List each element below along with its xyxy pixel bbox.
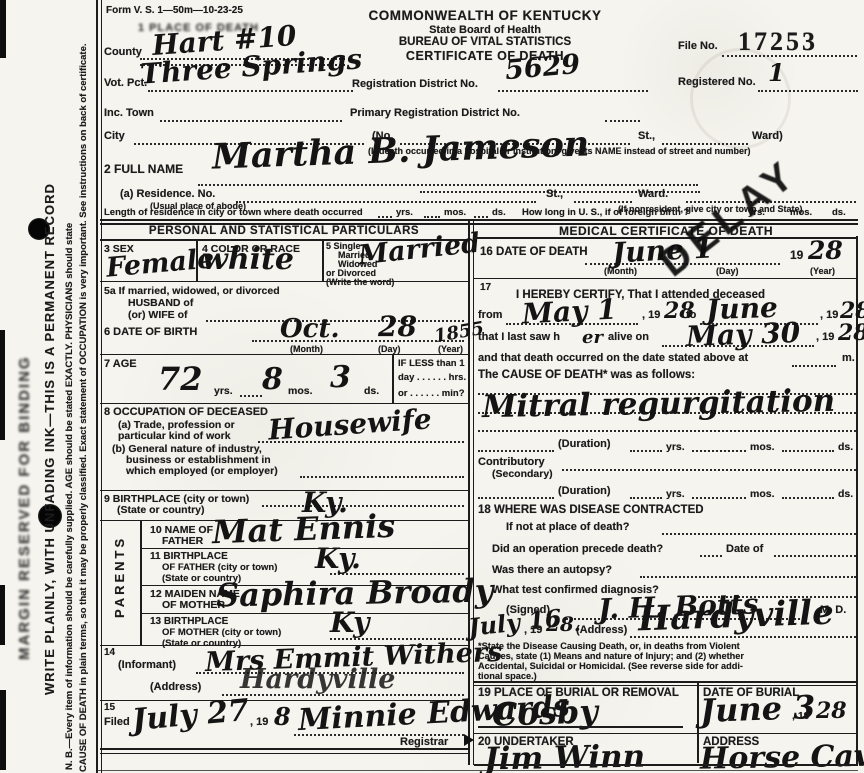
grid-line	[140, 520, 142, 645]
burial-year-value: 28	[816, 698, 847, 724]
dod-year-value: 28	[808, 236, 843, 265]
grid-line	[474, 278, 858, 279]
date-of-death-label: 16 DATE OF DEATH	[480, 246, 588, 258]
bureau-subtitle: BUREAU OF VITAL STATISTICS	[320, 36, 650, 48]
duration2-ds-label: ds.	[838, 488, 853, 500]
field-14-number: 14	[104, 647, 115, 658]
residence-ward-label: Ward.	[638, 188, 668, 200]
duration2-yrs-label: yrs.	[666, 488, 685, 500]
form-number: Form V. S. 1—50m—10-23-25	[106, 5, 243, 16]
primary-district-line[interactable]	[605, 120, 640, 122]
last-saw-value: May 30	[685, 316, 800, 353]
margin-write-plainly-text: WRITE PLAINLY, WITH UNFADING INK—THIS IS…	[42, 183, 57, 695]
dob-month-caption: (Month)	[290, 344, 323, 354]
duration2-yrs-line[interactable]	[630, 497, 662, 499]
pointer-mark	[464, 734, 474, 746]
length-yrs-label: yrs.	[396, 207, 413, 218]
occupation-a-line2: particular kind of work	[118, 430, 231, 442]
m-label: m.	[842, 352, 855, 364]
left-column-bottom-rule	[100, 748, 468, 750]
age-ds-label: ds.	[364, 385, 379, 397]
place-of-burial-value: Cosby	[491, 692, 598, 734]
vot-pct-line[interactable]	[148, 90, 353, 92]
margin-nb-line2: CAUSE OF DEATH in plain terms, so that i…	[78, 44, 89, 773]
residence-st-line[interactable]	[574, 201, 632, 203]
burial-grid-top-rule2	[474, 685, 858, 686]
sig-address-label: (Address)	[576, 624, 627, 636]
footnote-line1: *State the Disease Causing Death, or, in…	[478, 641, 740, 651]
residence-st-label: St.,	[546, 188, 563, 200]
duration2-ds-line[interactable]	[782, 497, 834, 499]
filed-label: Filed	[104, 716, 130, 728]
field-15-number: 15	[104, 702, 115, 713]
date-of-birth-label: 6 DATE OF BIRTH	[104, 326, 197, 338]
marital-write-word-note: (Write the word)	[326, 277, 394, 287]
scan-edge-mark	[0, 0, 6, 58]
duration1-yrs-line[interactable]	[630, 450, 662, 452]
inc-town-line[interactable]	[160, 120, 342, 122]
operation-date-of-label: Date of	[726, 543, 763, 555]
autopsy-label: Was there an autopsy?	[492, 564, 612, 576]
duration2-mos-line[interactable]	[692, 497, 746, 499]
full-name-value: Martha B. Jameson	[211, 123, 590, 177]
cause-of-death-value: Mitral regurgitation	[482, 383, 836, 425]
us-mos-label: mos.	[790, 207, 812, 218]
alive-on-label: alive on	[608, 331, 649, 343]
age-years-value: 72	[158, 360, 203, 398]
margin-nb-line1: N. B.—Every item of information should b…	[64, 223, 75, 770]
death-occurred-statement: and that death occurred on the date stat…	[478, 352, 748, 364]
registered-no-label: Registered No.	[678, 76, 756, 88]
grid-line	[140, 548, 468, 549]
autopsy-line[interactable]	[640, 576, 856, 578]
where-contracted-label: 18 WHERE WAS DISEASE CONTRACTED	[478, 504, 704, 516]
bottom-scan-line	[96, 770, 858, 771]
duration1-mos-label: mos.	[750, 441, 775, 453]
occupation-b-line3: which employed (or employer)	[126, 465, 278, 477]
attended-from-value: May 1	[521, 293, 617, 331]
cause-line3[interactable]	[478, 430, 856, 432]
dob-year-caption: (Year)	[438, 344, 463, 354]
to-19-print: , 19	[820, 309, 838, 321]
registered-no-line[interactable]	[758, 90, 858, 92]
date-of-burial-value: June 3	[699, 688, 816, 730]
age-mos-label: mos.	[288, 385, 313, 397]
county-label: County	[104, 46, 142, 58]
death-occurred-line[interactable]	[792, 365, 836, 367]
undertaker-address-value: Horse Cave	[700, 738, 864, 773]
birthplace-sub-label: (State or country)	[117, 504, 205, 516]
age-mos-line[interactable]	[240, 395, 262, 397]
left-column-bottom-rule2	[100, 753, 468, 754]
dod-month-caption: (Month)	[604, 266, 637, 276]
father-birthplace-value: Ky.	[315, 542, 361, 575]
burial-19-print: , 19	[792, 710, 810, 722]
dob-day-caption: (Day)	[378, 344, 401, 354]
registration-district-label: Registration District No.	[352, 78, 478, 90]
column-separator	[468, 219, 470, 765]
dod-19-print: 19	[790, 248, 803, 262]
file-no-value: 17253	[738, 27, 818, 57]
grid-line	[140, 613, 468, 614]
inc-town-label: Inc. Town	[104, 107, 154, 119]
operation-line[interactable]	[700, 555, 722, 557]
city-st-label: St.,	[638, 130, 655, 142]
length-mos-label: mos.	[444, 207, 466, 218]
occupation-b-line[interactable]	[300, 476, 464, 478]
father-name-value: Mat Ennis	[211, 507, 395, 551]
operation-label: Did an operation precede death?	[492, 543, 663, 555]
burial-grid-mid-rule	[474, 733, 858, 734]
length-residence-label: Length of residence in city or town wher…	[104, 207, 363, 218]
saw-year-value: 28	[838, 320, 864, 346]
grid-line	[322, 239, 324, 281]
commonwealth-title: COMMONWEALTH OF KENTUCKY	[320, 8, 650, 23]
residence-label: (a) Residence. No.	[120, 188, 215, 200]
operation-date-line[interactable]	[774, 555, 856, 557]
state-board-subtitle: State Board of Health	[320, 24, 650, 36]
certificate-title: CERTIFICATE OF DEATH	[320, 49, 650, 63]
father-name-label2: FATHER	[162, 535, 203, 547]
primary-district-label: Primary Registration District No.	[350, 107, 520, 119]
registered-no-value: 1	[768, 58, 785, 87]
form-border-left	[96, 0, 98, 773]
length-ds-label: ds.	[492, 207, 506, 218]
grid-line	[392, 354, 394, 403]
margin-binding-text: MARGIN RESERVED FOR BINDING	[16, 355, 33, 660]
grid-line	[100, 354, 468, 355]
color-race-value: white	[202, 242, 294, 277]
filed-year-value: 8	[274, 702, 291, 731]
burial-grid-bottom-rule	[474, 764, 858, 766]
not-at-place-label: If not at place of death?	[506, 521, 629, 533]
death-certificate-scan: MARGIN RESERVED FOR BINDING WRITE PLAINL…	[0, 0, 864, 773]
last-saw-label: that I last saw h	[478, 331, 560, 343]
full-name-line[interactable]	[198, 184, 698, 186]
sig-address-value: Hardyville	[637, 593, 834, 640]
father-birthplace-label2: OF FATHER (city or town)	[162, 562, 277, 573]
from-19-print: , 19	[642, 309, 660, 321]
contributory-label: Contributory	[478, 456, 545, 468]
registration-district-line[interactable]	[498, 90, 648, 92]
dod-day-caption: (Day)	[716, 266, 739, 276]
contributory-line[interactable]	[562, 469, 856, 471]
city-label: City	[104, 130, 125, 142]
undertaker-signature: Jim Winn	[484, 739, 646, 773]
registrar-label: Registrar	[400, 736, 448, 748]
scan-edge-mark	[0, 330, 5, 440]
saw-19-print: , 19	[816, 331, 834, 343]
not-at-place-line[interactable]	[662, 533, 856, 535]
how-long-us-label: How long in U. S., if of foreign birth ?	[522, 207, 689, 218]
sig-19-print: , 19	[524, 624, 542, 636]
duration2-label: (Duration)	[558, 485, 611, 497]
field-5a-label: 5a If married, widowed, or divorced	[104, 285, 280, 297]
if-less-line1: IF LESS than 1	[398, 358, 465, 369]
field-17-number: 17	[480, 282, 491, 293]
husband-of-label: HUSBAND of	[128, 297, 193, 309]
duration1-yrs-label: yrs.	[666, 441, 685, 453]
burial-value-underline	[478, 726, 683, 728]
age-months-value: 8	[262, 362, 283, 397]
scan-edge-mark	[0, 690, 6, 770]
last-saw-er-script: er	[582, 327, 603, 348]
dod-year-caption: (Year)	[810, 266, 835, 276]
attended-from-label: from	[478, 309, 502, 321]
length-yrs-line[interactable]	[378, 216, 392, 218]
column-separator-inner	[473, 219, 474, 765]
dob-month-value: Oct.	[280, 314, 340, 344]
cause-of-death-label: The CAUSE OF DEATH* was as follows:	[478, 369, 695, 381]
age-yrs-label: yrs.	[214, 385, 233, 397]
us-ds-label: ds.	[832, 207, 846, 218]
form-border-left-inner	[101, 0, 102, 773]
father-birthplace-label1: 11 BIRTHPLACE	[150, 551, 228, 562]
secondary-label: (Secondary)	[492, 468, 553, 480]
age-days-value: 3	[330, 360, 351, 395]
duration1-ds-line[interactable]	[782, 450, 834, 452]
file-no-label: File No.	[678, 40, 718, 52]
length-mos-line[interactable]	[424, 216, 440, 218]
dob-day-value: 28	[378, 310, 417, 343]
mother-birthplace-label1: 13 BIRTHPLACE	[150, 616, 228, 627]
grid-line	[100, 281, 468, 282]
duration2-lead-line	[478, 497, 554, 499]
city-st-line[interactable]	[662, 143, 748, 145]
informant-address-label: (Address)	[150, 681, 201, 693]
burial-grid-top-rule	[474, 681, 858, 683]
mother-birthplace-value: Ky	[330, 606, 369, 639]
if-less-line2: day . . . . . . hrs.	[398, 372, 466, 383]
if-less-line3: or . . . . . . min?	[398, 388, 465, 399]
scan-edge-mark	[0, 585, 5, 645]
duration1-mos-line[interactable]	[692, 450, 746, 452]
wife-of-label: (or) WIFE of	[128, 309, 187, 321]
length-ds-line[interactable]	[474, 216, 488, 218]
duration1-lead-line	[478, 450, 554, 452]
registration-district-value: 5629	[504, 49, 582, 86]
occupation-label: 8 OCCUPATION OF DECEASED	[104, 406, 268, 418]
filed-19-print: , 19	[250, 716, 268, 728]
parents-vertical-label: PARENTS	[112, 536, 127, 618]
footnote-line2: Causes, state (1) Means and nature of In…	[478, 651, 744, 661]
informant-label: (Informant)	[118, 659, 176, 671]
full-name-label: 2 FULL NAME	[104, 162, 183, 176]
footnote-line3: Accidental, Suicidal or Homicidal. (See …	[478, 661, 743, 671]
age-label: 7 AGE	[104, 358, 137, 370]
duration1-ds-label: ds.	[838, 441, 853, 453]
mother-birthplace-label2: OF MOTHER (city or town)	[162, 627, 281, 638]
duration2-mos-label: mos.	[750, 488, 775, 500]
grid-line	[100, 490, 468, 491]
duration1-label: (Duration)	[558, 438, 611, 450]
footnote-line4: tional space.)	[478, 671, 537, 681]
birthplace-line[interactable]	[262, 505, 464, 507]
residence-no-line[interactable]	[236, 201, 536, 203]
informant-address-value: Hardyville	[240, 664, 395, 695]
city-ward-label: Ward)	[752, 130, 783, 142]
